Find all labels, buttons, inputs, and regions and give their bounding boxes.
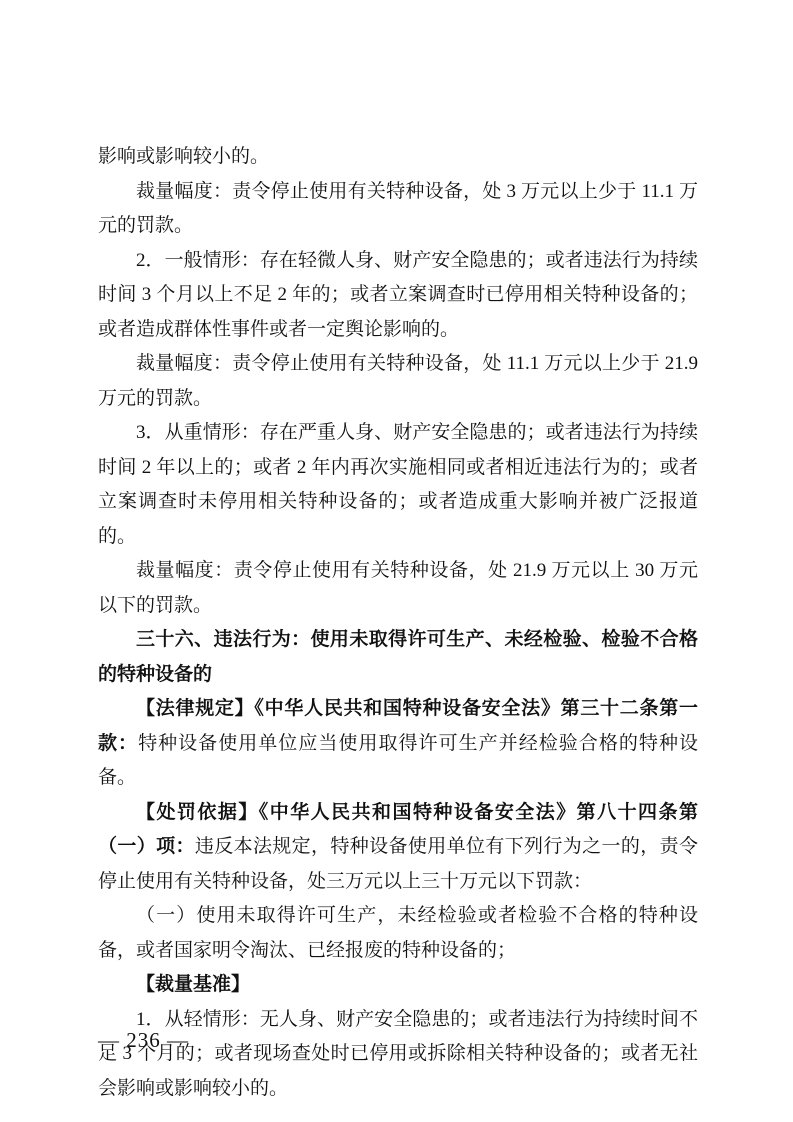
section-heading-36: 三十六、违法行为：使用未取得许可生产、未经检验、检验不合格的特种设备的 xyxy=(98,623,698,692)
paragraph-lenient-circumstance: 1．从轻情形：无人身、财产安全隐患的；或者违法行为持续时间不足 3 个月的；或者… xyxy=(98,1003,698,1107)
paragraph-penalty-range-light: 裁量幅度：责令停止使用有关特种设备，处 3 万元以上少于 11.1 万元的罚款。 xyxy=(98,175,698,244)
paragraph-penalty-range-general: 裁量幅度：责令停止使用有关特种设备，处 11.1 万元以上少于 21.9 万元的… xyxy=(98,347,698,416)
document-page: 影响或影响较小的。 裁量幅度：责令停止使用有关特种设备，处 3 万元以上少于 1… xyxy=(0,0,793,1122)
paragraph-general-circumstance: 2．一般情形：存在轻微人身、财产安全隐患的；或者违法行为持续时间 3 个月以上不… xyxy=(98,244,698,348)
paragraph-penalty-range-severe: 裁量幅度：责令停止使用有关特种设备，处 21.9 万元以上 30 万元以下的罚款… xyxy=(98,554,698,623)
paragraph-legal-provision: 【法律规定】《中华人民共和国特种设备安全法》第三十二条第一款：特种设备使用单位应… xyxy=(98,692,698,796)
discretion-benchmark-label: 【裁量基准】 xyxy=(98,968,698,1003)
paragraph-severe-circumstance: 3．从重情形：存在严重人身、财产安全隐患的；或者违法行为持续时间 2 年以上的；… xyxy=(98,416,698,554)
paragraph-penalty-basis: 【处罚依据】《中华人民共和国特种设备安全法》第八十四条第（一）项：违反本法规定，… xyxy=(98,796,698,900)
page-number: — 236 — xyxy=(98,1028,189,1053)
paragraph-item-one: （一）使用未取得许可生产，未经检验或者检验不合格的特种设备，或者国家明令淘汰、已… xyxy=(98,899,698,968)
document-body: 影响或影响较小的。 裁量幅度：责令停止使用有关特种设备，处 3 万元以上少于 1… xyxy=(98,140,698,1106)
paragraph-continuation: 影响或影响较小的。 xyxy=(98,140,698,175)
legal-provision-text: 特种设备使用单位应当使用取得许可生产并经检验合格的特种设备。 xyxy=(98,733,698,789)
